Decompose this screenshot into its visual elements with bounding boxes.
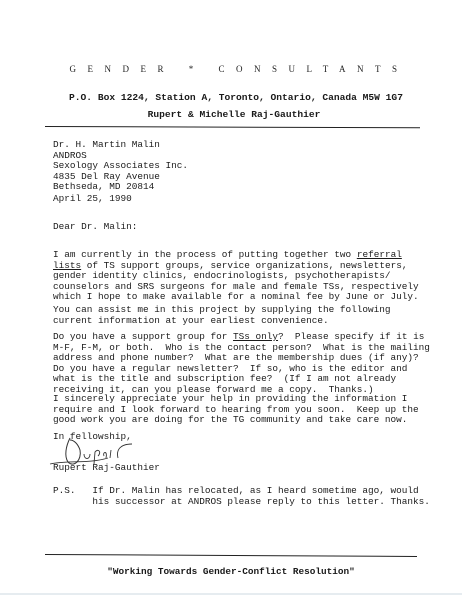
text: require and I look forward to hearing fr… bbox=[53, 404, 419, 415]
text: what is the title and subscription fee? … bbox=[53, 373, 396, 384]
text: M-F, F-M, or both. Who is the contact pe… bbox=[53, 342, 430, 353]
underlined-text: TSs only bbox=[233, 331, 278, 342]
recipient-org: ANDROS bbox=[53, 150, 87, 161]
recipient-address: Dr. H. Martin Malin ANDROS Sexology Asso… bbox=[53, 140, 188, 193]
text: current information at your earliest con… bbox=[53, 315, 329, 326]
letter-date: April 25, 1990 bbox=[53, 194, 132, 205]
underlined-text: referral bbox=[357, 249, 402, 260]
page-edge bbox=[0, 593, 462, 595]
letterhead-names: Rupert & Michelle Raj-Gauthier bbox=[0, 109, 462, 120]
text: counselors and SRS surgeons for male and… bbox=[53, 281, 419, 292]
underlined-text: lists bbox=[53, 260, 81, 271]
text: Do you have a regular newsletter? If so,… bbox=[53, 363, 407, 374]
letterhead-title: GENDER * CONSULTANTS bbox=[0, 64, 462, 74]
salutation: Dear Dr. Malin: bbox=[53, 222, 137, 233]
letter-page: GENDER * CONSULTANTS P.O. Box 1224, Stat… bbox=[0, 0, 462, 600]
signer-name: Rupert Raj-Gauthier bbox=[53, 463, 160, 474]
postscript: P.S. If Dr. Malin has relocated, as I he… bbox=[53, 486, 430, 507]
text: of TS support groups, service organizati… bbox=[81, 260, 407, 271]
paragraph-2: You can assist me in this project by sup… bbox=[53, 305, 391, 326]
header-divider bbox=[45, 126, 420, 128]
recipient-name: Dr. H. Martin Malin bbox=[53, 139, 160, 150]
recipient-city: Bethseda, MD 20814 bbox=[53, 181, 154, 192]
footer-divider bbox=[45, 554, 417, 557]
text: Do you have a support group for bbox=[53, 331, 233, 342]
text: address and phone number? What are the m… bbox=[53, 352, 419, 363]
letterhead-address: P.O. Box 1224, Station A, Toronto, Ontar… bbox=[0, 92, 462, 103]
recipient-company: Sexology Associates Inc. bbox=[53, 160, 188, 171]
paragraph-3: Do you have a support group for TSs only… bbox=[53, 332, 430, 396]
text: which I hope to make available for a nom… bbox=[53, 291, 419, 302]
text: his successor at ANDROS please reply to … bbox=[53, 496, 430, 507]
paragraph-4: I sincerely appreciate your help in prov… bbox=[53, 394, 419, 426]
recipient-street: 4835 Del Ray Avenue bbox=[53, 171, 160, 182]
text: good work you are doing for the TG commu… bbox=[53, 414, 407, 425]
text: gender identity clinics, endocrinologist… bbox=[53, 270, 391, 281]
text: I am currently in the process of putting… bbox=[53, 249, 357, 260]
text: You can assist me in this project by sup… bbox=[53, 304, 391, 315]
text: P.S. If Dr. Malin has relocated, as I he… bbox=[53, 485, 419, 496]
footer-motto: "Working Towards Gender-Conflict Resolut… bbox=[0, 566, 462, 577]
paragraph-1: I am currently in the process of putting… bbox=[53, 250, 419, 303]
text: I sincerely appreciate your help in prov… bbox=[53, 393, 407, 404]
text: ? Please specify if it is bbox=[278, 331, 424, 342]
